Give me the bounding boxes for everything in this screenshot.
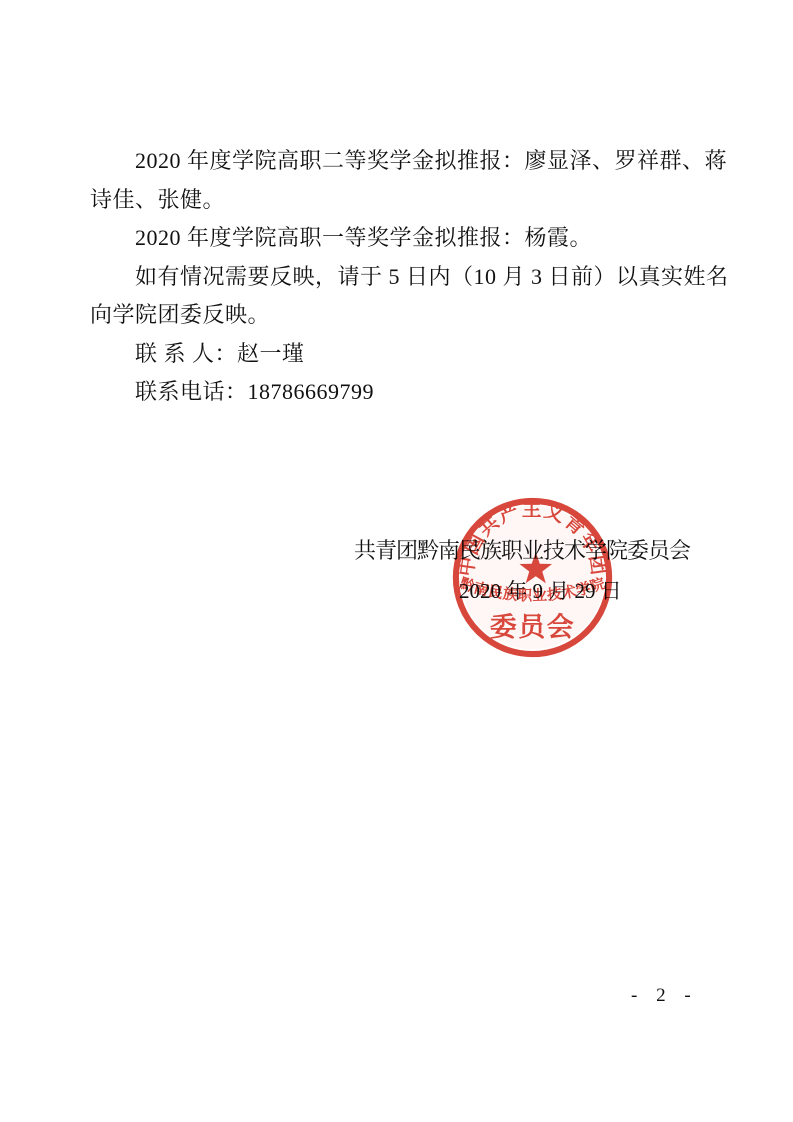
contact-phone-line: 联系电话：18786669799: [90, 373, 710, 412]
body-line-4: 如有情况需要反映，请于 5 日内（10 月 3 日前）以真实姓名: [90, 258, 710, 297]
seal-committee-label: 委员会: [490, 612, 576, 642]
document-body: 2020 年度学院高职二等奖学金拟推报：廖显泽、罗祥群、蒋 诗佳、张健。 202…: [90, 142, 710, 412]
document-page: 2020 年度学院高职二等奖学金拟推报：廖显泽、罗祥群、蒋 诗佳、张健。 202…: [0, 0, 793, 1122]
body-line-1: 2020 年度学院高职二等奖学金拟推报：廖显泽、罗祥群、蒋: [90, 142, 710, 181]
contact-person-line: 联 系 人：赵一瑾: [90, 335, 710, 374]
signature-date: 2020 年 9 月 29 日: [459, 575, 622, 605]
body-line-3: 2020 年度学院高职一等奖学金拟推报：杨霞。: [90, 219, 710, 258]
body-line-5: 向学院团委反映。: [90, 296, 710, 335]
signature-org: 共青团黔南民族职业技术学院委员会: [354, 534, 690, 565]
page-number: - 2 -: [631, 985, 698, 1007]
body-line-2: 诗佳、张健。: [90, 181, 710, 220]
